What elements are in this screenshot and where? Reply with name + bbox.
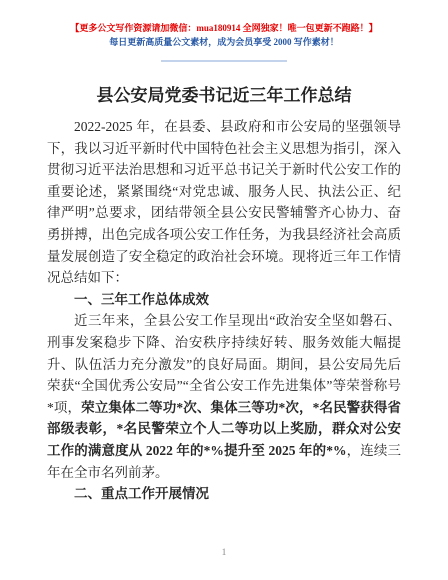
promo-banner: 【更多公文写作资源请加微信：mua180914 全网独家！唯一包更新不跑路！】 … [0,0,448,62]
bold-text-run: 二、重点工作开展情况 [74,486,209,501]
section-heading: 二、重点工作开展情况 [47,483,401,505]
bold-text-run: 一、三年工作总体成效 [74,292,209,307]
document-body: 2022-2025 年，在县委、县政府和市公安局的坚强领导下，我以习近平新时代中… [47,116,401,505]
section-heading: 一、三年工作总体成效 [47,289,401,311]
document-title: 县公安局党委书记近三年工作总结 [46,83,402,109]
promo-banner-divider [161,60,287,62]
document-page: 【更多公文写作资源请加微信：mua180914 全网独家！唯一包更新不跑路！】 … [0,0,448,580]
promo-banner-line-1: 【更多公文写作资源请加微信：mua180914 全网独家！唯一包更新不跑路！】 [0,22,448,35]
page-number: 1 [0,548,448,558]
paragraph: 2022-2025 年，在县委、县政府和市公安局的坚强领导下，我以习近平新时代中… [47,116,401,289]
promo-banner-line-2: 每日更新高质量公文素材，成为会员享受 2000 写作素材！ [0,36,448,49]
text-run: 2022-2025 年，在县委、县政府和市公安局的坚强领导下，我以习近平新时代中… [47,119,401,285]
paragraph: 近三年来，全县公安工作呈现出“政治安全坚如磐石、刑事发案稳步下降、治安秩序持续好… [47,310,401,483]
